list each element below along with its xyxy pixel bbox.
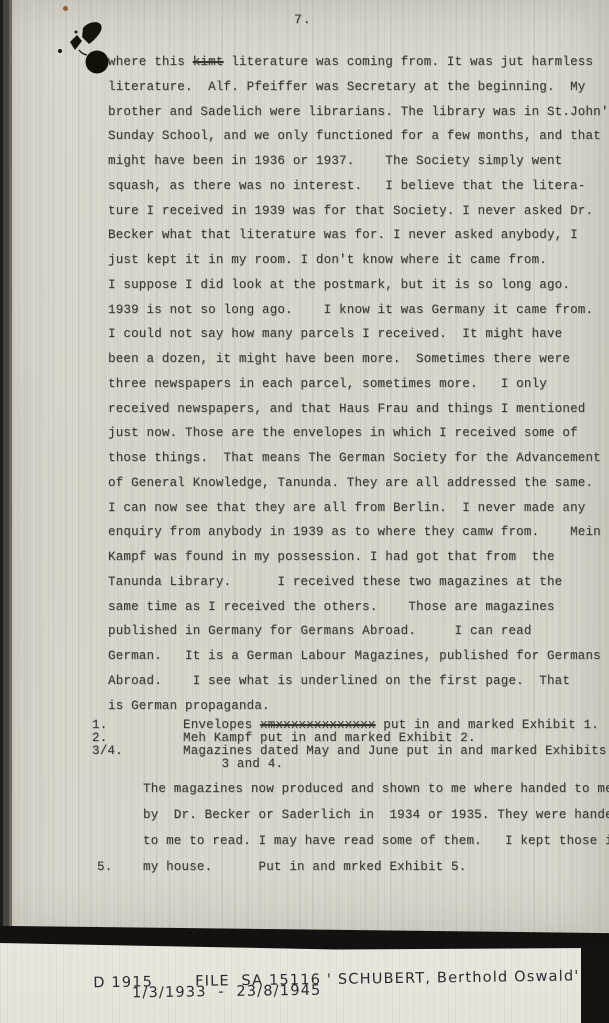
exhibit-row: 2.Meh Kampf put in and marked Exhibit 2. [92, 732, 608, 745]
exhibit-text: Envelopes xmxxxxxxxxxxxxx put in and mar… [183, 719, 599, 732]
body-line: where this kimt literature was coming fr… [108, 50, 608, 75]
body-line: squash, as there was no interest. I beli… [108, 174, 608, 199]
body-line: literature. Alf. Pfeiffer was Secretary … [108, 75, 608, 100]
exhibit-margin-number: 5. [97, 855, 112, 881]
body-line: received newspapers, and that Haus Frau … [108, 397, 608, 422]
body-line: brother and Sadelich were librarians. Th… [108, 100, 608, 125]
body-line: is German propaganda. [108, 694, 608, 719]
body-line: enquiry from anybody in 1939 as to where… [108, 520, 608, 545]
handwritten-dates: 1/3/1933 - 23/8/1945 [132, 983, 322, 1002]
exhibit-text: Magazines dated May and June put in and … [183, 745, 607, 758]
exhibit-row: 3/4.Magazines dated May and June put in … [92, 745, 608, 758]
exhibit-list: 1.Envelopes xmxxxxxxxxxxxxx put in and m… [92, 719, 608, 771]
body-line: ture I received in 1939 was for that Soc… [108, 199, 608, 224]
exhibit-text: 3 and 4. [183, 758, 283, 771]
body-line: Becker what that literature was for. I n… [108, 223, 608, 248]
body-line: might have been in 1936 or 1937. The Soc… [108, 149, 608, 174]
body-line: published in Germany for Germans Abroad.… [108, 619, 608, 644]
body-line: three newspapers in each parcel, sometim… [108, 372, 608, 397]
body-line: I could not say how many parcels I recei… [108, 322, 608, 347]
exhibit-number: 3/4. [92, 745, 183, 758]
exhibit-row: 1.Envelopes xmxxxxxxxxxxxxx put in and m… [92, 719, 608, 732]
body-line: just kept it in my room. I don't know wh… [108, 248, 608, 273]
page-number: 7. [294, 12, 312, 27]
body-line: just now. Those are the envelopes in whi… [108, 421, 608, 446]
exhibit-row: 3 and 4. [92, 758, 608, 771]
scan-edge-shadow [0, 0, 13, 938]
exhibit-number [92, 758, 183, 771]
paper-speck [63, 6, 68, 11]
body-line: Kampf was found in my possession. I had … [108, 545, 608, 570]
body-line: I can now see that they are all from Ber… [108, 496, 608, 521]
body-line: of General Knowledge, Tanunda. They are … [108, 471, 608, 496]
closing-line: my house. Put in and mrked Exhibit 5. [143, 855, 609, 881]
body-line: been a dozen, it might have been more. S… [108, 347, 608, 372]
typed-body: where this kimt literature was coming fr… [108, 50, 608, 718]
closing-line: to me to read. I may have read some of t… [143, 829, 609, 855]
body-line: those things. That means The German Soci… [108, 446, 608, 471]
exhibit-number: 1. [92, 719, 183, 732]
body-line: German. It is a German Labour Magazines,… [108, 644, 608, 669]
body-line: 1939 is not so long ago. I know it was G… [108, 298, 608, 323]
closing-line: The magazines now produced and shown to … [143, 777, 609, 803]
body-line: Sunday School, and we only functioned fo… [108, 124, 608, 149]
scan-edge-right [581, 938, 609, 1023]
exhibit-number: 2. [92, 732, 183, 745]
body-line: same time as I received the others. Thos… [108, 595, 608, 620]
body-line: Tanunda Library. I received these two ma… [108, 570, 608, 595]
body-line: I suppose I did look at the postmark, bu… [108, 273, 608, 298]
closing-line: by Dr. Becker or Saderlich in 1934 or 19… [143, 803, 609, 829]
closing-paragraph: The magazines now produced and shown to … [143, 777, 609, 881]
exhibit-text: Meh Kampf put in and marked Exhibit 2. [183, 732, 476, 745]
scanned-document: 7. where this kimt literature was coming… [0, 0, 609, 1023]
body-line: Abroad. I see what is underlined on the … [108, 669, 608, 694]
